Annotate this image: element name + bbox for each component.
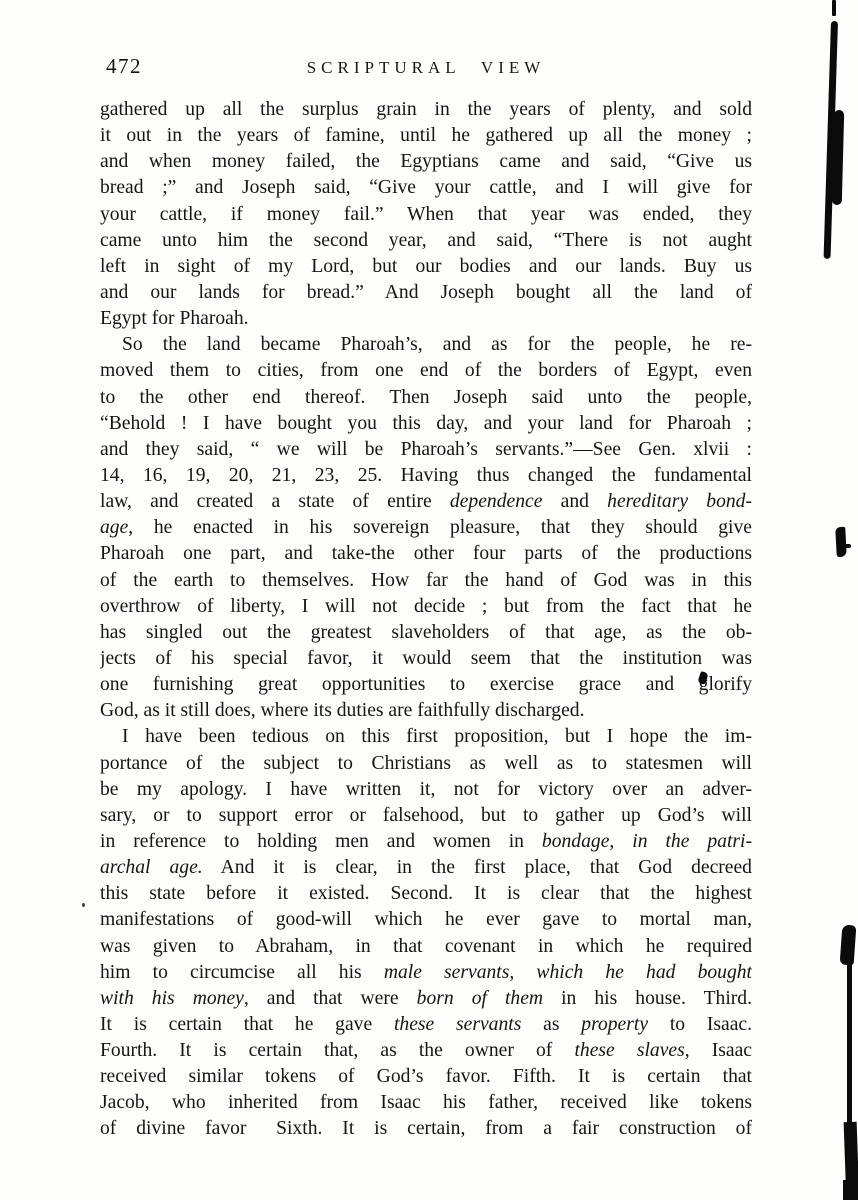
text-line: one furnishing great opportunities to ex… — [100, 672, 752, 698]
text-line: 14, 16, 19, 20, 21, 23, 25. Having thus … — [100, 463, 752, 489]
text-segment: in his house. Third. — [543, 988, 752, 1009]
text-segment: and our lands for bread.” And Joseph bou… — [100, 282, 752, 303]
scan-smudge-top-right-bulge — [832, 110, 844, 205]
italic-text-segment: bondage, in the patri- — [542, 831, 752, 852]
text-segment: this state before it existed. Second. It… — [100, 883, 752, 904]
text-line: and our lands for bread.” And Joseph bou… — [100, 280, 752, 306]
text-line: and they said, “ we will be Pharoah’s se… — [100, 437, 752, 463]
italic-text-segment: male servants, which he had bought — [384, 962, 752, 983]
text-line: Pharoah one part, and take-the other fou… — [100, 541, 752, 567]
italic-text-segment: these servants — [394, 1014, 521, 1035]
text-line: gathered up all the surplus grain in the… — [100, 97, 752, 123]
text-line: with his money, and that were born of th… — [100, 986, 752, 1012]
text-segment: I have been tedious on this first propos… — [122, 726, 752, 747]
text-segment: overthrow of liberty, I will not decide … — [100, 596, 752, 617]
text-line: bread ;” and Joseph said, “Give your cat… — [100, 175, 752, 201]
text-line: Fourth. It is certain that, as the owner… — [100, 1038, 752, 1064]
italic-text-segment: hereditary bond- — [607, 491, 752, 512]
text-line: left in sight of my Lord, but our bodies… — [100, 254, 752, 280]
text-line: moved them to cities, from one end of th… — [100, 358, 752, 384]
text-segment: it out in the years of famine, until he … — [100, 125, 752, 146]
text-line: overthrow of liberty, I will not decide … — [100, 594, 752, 620]
scan-smudge-bottom-right-foot — [843, 1180, 858, 1200]
text-segment: bread ;” and Joseph said, “Give your cat… — [100, 177, 752, 198]
scan-blot-mid-right — [835, 527, 847, 557]
text-segment: 14, 16, 19, 20, 21, 23, 25. Having thus … — [100, 465, 752, 486]
italic-text-segment: age — [100, 517, 128, 538]
book-page: 472 SCRIPTURAL VIEW gathered up all the … — [0, 0, 858, 1200]
text-line: to the other end thereof. Then Joseph sa… — [100, 385, 752, 411]
text-line: was given to Abraham, in that covenant i… — [100, 934, 752, 960]
text-segment: was given to Abraham, in that covenant i… — [100, 936, 752, 957]
text-segment: Pharoah one part, and take-the other fou… — [100, 543, 752, 564]
text-segment: and when money failed, the Egyptians cam… — [100, 151, 752, 172]
italic-text-segment: with his money — [100, 988, 244, 1009]
text-segment: him to circumcise all his — [100, 962, 384, 983]
italic-text-segment: archal age. — [100, 857, 203, 878]
text-segment: Jacob, who inherited from Isaac his fath… — [100, 1092, 752, 1113]
scan-smudge-top-edge — [832, 0, 836, 16]
text-segment: to the other end thereof. Then Joseph sa… — [100, 387, 752, 408]
text-segment: , Isaac — [685, 1040, 752, 1061]
text-segment: as — [521, 1014, 581, 1035]
text-segment: and — [542, 491, 607, 512]
text-line: came unto him the second year, and said,… — [100, 228, 752, 254]
text-segment: And it is clear, in the first place, tha… — [203, 857, 752, 878]
italic-text-segment: born of them — [417, 988, 543, 1009]
text-segment: to Isaac. — [648, 1014, 752, 1035]
italic-text-segment: property — [581, 1014, 648, 1035]
text-segment: and they said, “ we will be Pharoah’s se… — [100, 439, 752, 460]
text-segment: portance of the subject to Christians as… — [100, 753, 752, 774]
text-line: “Behold ! I have bought you this day, an… — [100, 411, 752, 437]
text-segment: manifestations of good-will which he eve… — [100, 909, 752, 930]
text-line: age, he enacted in his sovereign pleasur… — [100, 515, 752, 541]
text-line: Egypt for Pharoah. — [100, 306, 752, 332]
text-line: in reference to holding men and women in… — [100, 829, 752, 855]
text-line: archal age. And it is clear, in the firs… — [100, 855, 752, 881]
ink-speck-left-margin — [82, 903, 85, 907]
text-line: I have been tedious on this first propos… — [100, 724, 752, 750]
text-line: be my apology. I have written it, not fo… — [100, 777, 752, 803]
scan-smudge-bottom-right-line — [847, 958, 852, 1128]
text-line: of the earth to themselves. How far the … — [100, 568, 752, 594]
text-segment: law, and created a state of entire — [100, 491, 450, 512]
text-line: received similar tokens of God’s favor. … — [100, 1064, 752, 1090]
text-line: jects of his special favor, it would see… — [100, 646, 752, 672]
text-line: him to circumcise all his male servants,… — [100, 960, 752, 986]
text-line: law, and created a state of entire depen… — [100, 489, 752, 515]
text-segment: God, as it still does, where its duties … — [100, 700, 584, 721]
text-segment: left in sight of my Lord, but our bodies… — [100, 256, 752, 277]
text-segment: be my apology. I have written it, not fo… — [100, 779, 752, 800]
text-segment: gathered up all the surplus grain in the… — [100, 99, 752, 120]
text-segment: , and that were — [244, 988, 417, 1009]
text-line: this state before it existed. Second. It… — [100, 881, 752, 907]
text-segment: It is certain that he gave — [100, 1014, 394, 1035]
italic-text-segment: dependence — [450, 491, 542, 512]
text-block: gathered up all the surplus grain in the… — [100, 97, 752, 1143]
text-segment: your cattle, if money fail.” When that y… — [100, 204, 752, 225]
text-line: your cattle, if money fail.” When that y… — [100, 202, 752, 228]
italic-text-segment: these slaves — [574, 1040, 684, 1061]
text-segment: jects of his special favor, it would see… — [100, 648, 752, 669]
text-segment: of the earth to themselves. How far the … — [100, 570, 752, 591]
text-segment: came unto him the second year, and said,… — [100, 230, 752, 251]
text-line: it out in the years of famine, until he … — [100, 123, 752, 149]
text-segment: So the land became Pharoah’s, and as for… — [122, 334, 752, 355]
text-segment: received similar tokens of God’s favor. … — [100, 1066, 752, 1087]
text-line: manifestations of good-will which he eve… — [100, 907, 752, 933]
text-line: has singled out the greatest slaveholder… — [100, 620, 752, 646]
scan-blot-mid-right-tail — [845, 544, 851, 548]
text-segment: “Behold ! I have bought you this day, an… — [100, 413, 752, 434]
text-segment: one furnishing great opportunities to ex… — [100, 674, 752, 695]
text-line: and when money failed, the Egyptians cam… — [100, 149, 752, 175]
text-line: So the land became Pharoah’s, and as for… — [100, 332, 752, 358]
text-line: Jacob, who inherited from Isaac his fath… — [100, 1090, 752, 1116]
text-line: of divine favor Sixth. It is certain, fr… — [100, 1116, 752, 1142]
running-header: SCRIPTURAL VIEW — [100, 58, 752, 78]
text-segment: sary, or to support error or falsehood, … — [100, 805, 752, 826]
text-segment: of divine favor Sixth. It is certain, fr… — [100, 1118, 752, 1139]
text-line: God, as it still does, where its duties … — [100, 698, 752, 724]
text-line: It is certain that he gave these servant… — [100, 1012, 752, 1038]
text-segment: Fourth. It is certain that, as the owner… — [100, 1040, 574, 1061]
text-line: sary, or to support error or falsehood, … — [100, 803, 752, 829]
text-segment: moved them to cities, from one end of th… — [100, 360, 752, 381]
text-segment: Egypt for Pharoah. — [100, 308, 249, 329]
text-segment: in reference to holding men and women in — [100, 831, 542, 852]
text-segment: has singled out the greatest slaveholder… — [100, 622, 752, 643]
text-segment: , he enacted in his sovereign pleasure, … — [128, 517, 752, 538]
text-line: portance of the subject to Christians as… — [100, 751, 752, 777]
